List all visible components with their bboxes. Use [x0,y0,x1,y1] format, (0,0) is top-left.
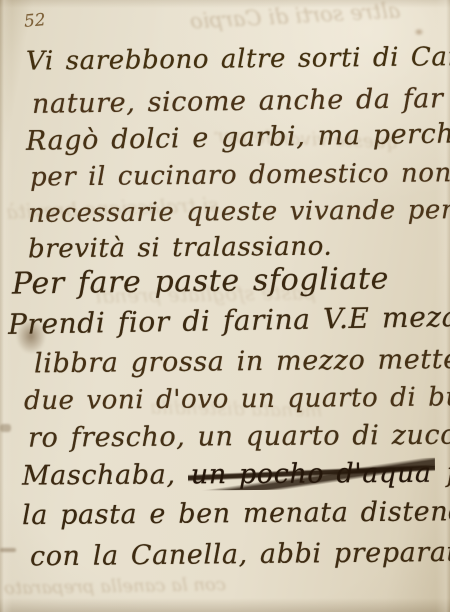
ink-stain [414,28,424,36]
manuscript-line: libbra grossa in mezzo mettevi [34,344,450,380]
ink-bleedthrough: con la canella preparato [4,574,226,599]
manuscript-line: ro frescho, un quarto di zuccaro [28,419,450,453]
struck-line-pre: Maschaba, [22,460,176,492]
folio-number: 52 [23,10,46,32]
manuscript-line: per il cucinaro domestico non sono [30,157,450,192]
manuscript-line: la pasta e ben menata distendila [22,496,450,531]
manuscript-line-with-correction: Maschaba, un pocho d'aqua fa [22,457,450,491]
manuscript-page-photo: altre sorti di Carpio queste vivande per… [0,0,450,612]
recipe-heading: Per fare paste sfogliate [12,261,389,301]
manuscript-line: Prendi fior di farina V.E meza [8,300,450,341]
manuscript-line: due voni d'ovo un quarto di butti= [24,382,450,416]
manuscript-line: nature, sicome anche da far [32,83,444,120]
margin-mark [0,424,11,432]
manuscript-line: con la Canella, abbi preparato [30,537,450,573]
manuscript-line: Ragò dolci e garbi, ma perche [26,118,450,157]
struck-text: un pocho d'aqua [188,458,435,491]
margin-mark [0,548,16,552]
manuscript-line: necessarie queste vivande per [28,195,450,229]
manuscript-line: brevità si tralassiano. [28,232,333,265]
ink-bleedthrough: altre sorti di Carpio [190,0,401,33]
manuscript-line: Vi sarebbono altre sorti di Carpio= [26,41,450,76]
